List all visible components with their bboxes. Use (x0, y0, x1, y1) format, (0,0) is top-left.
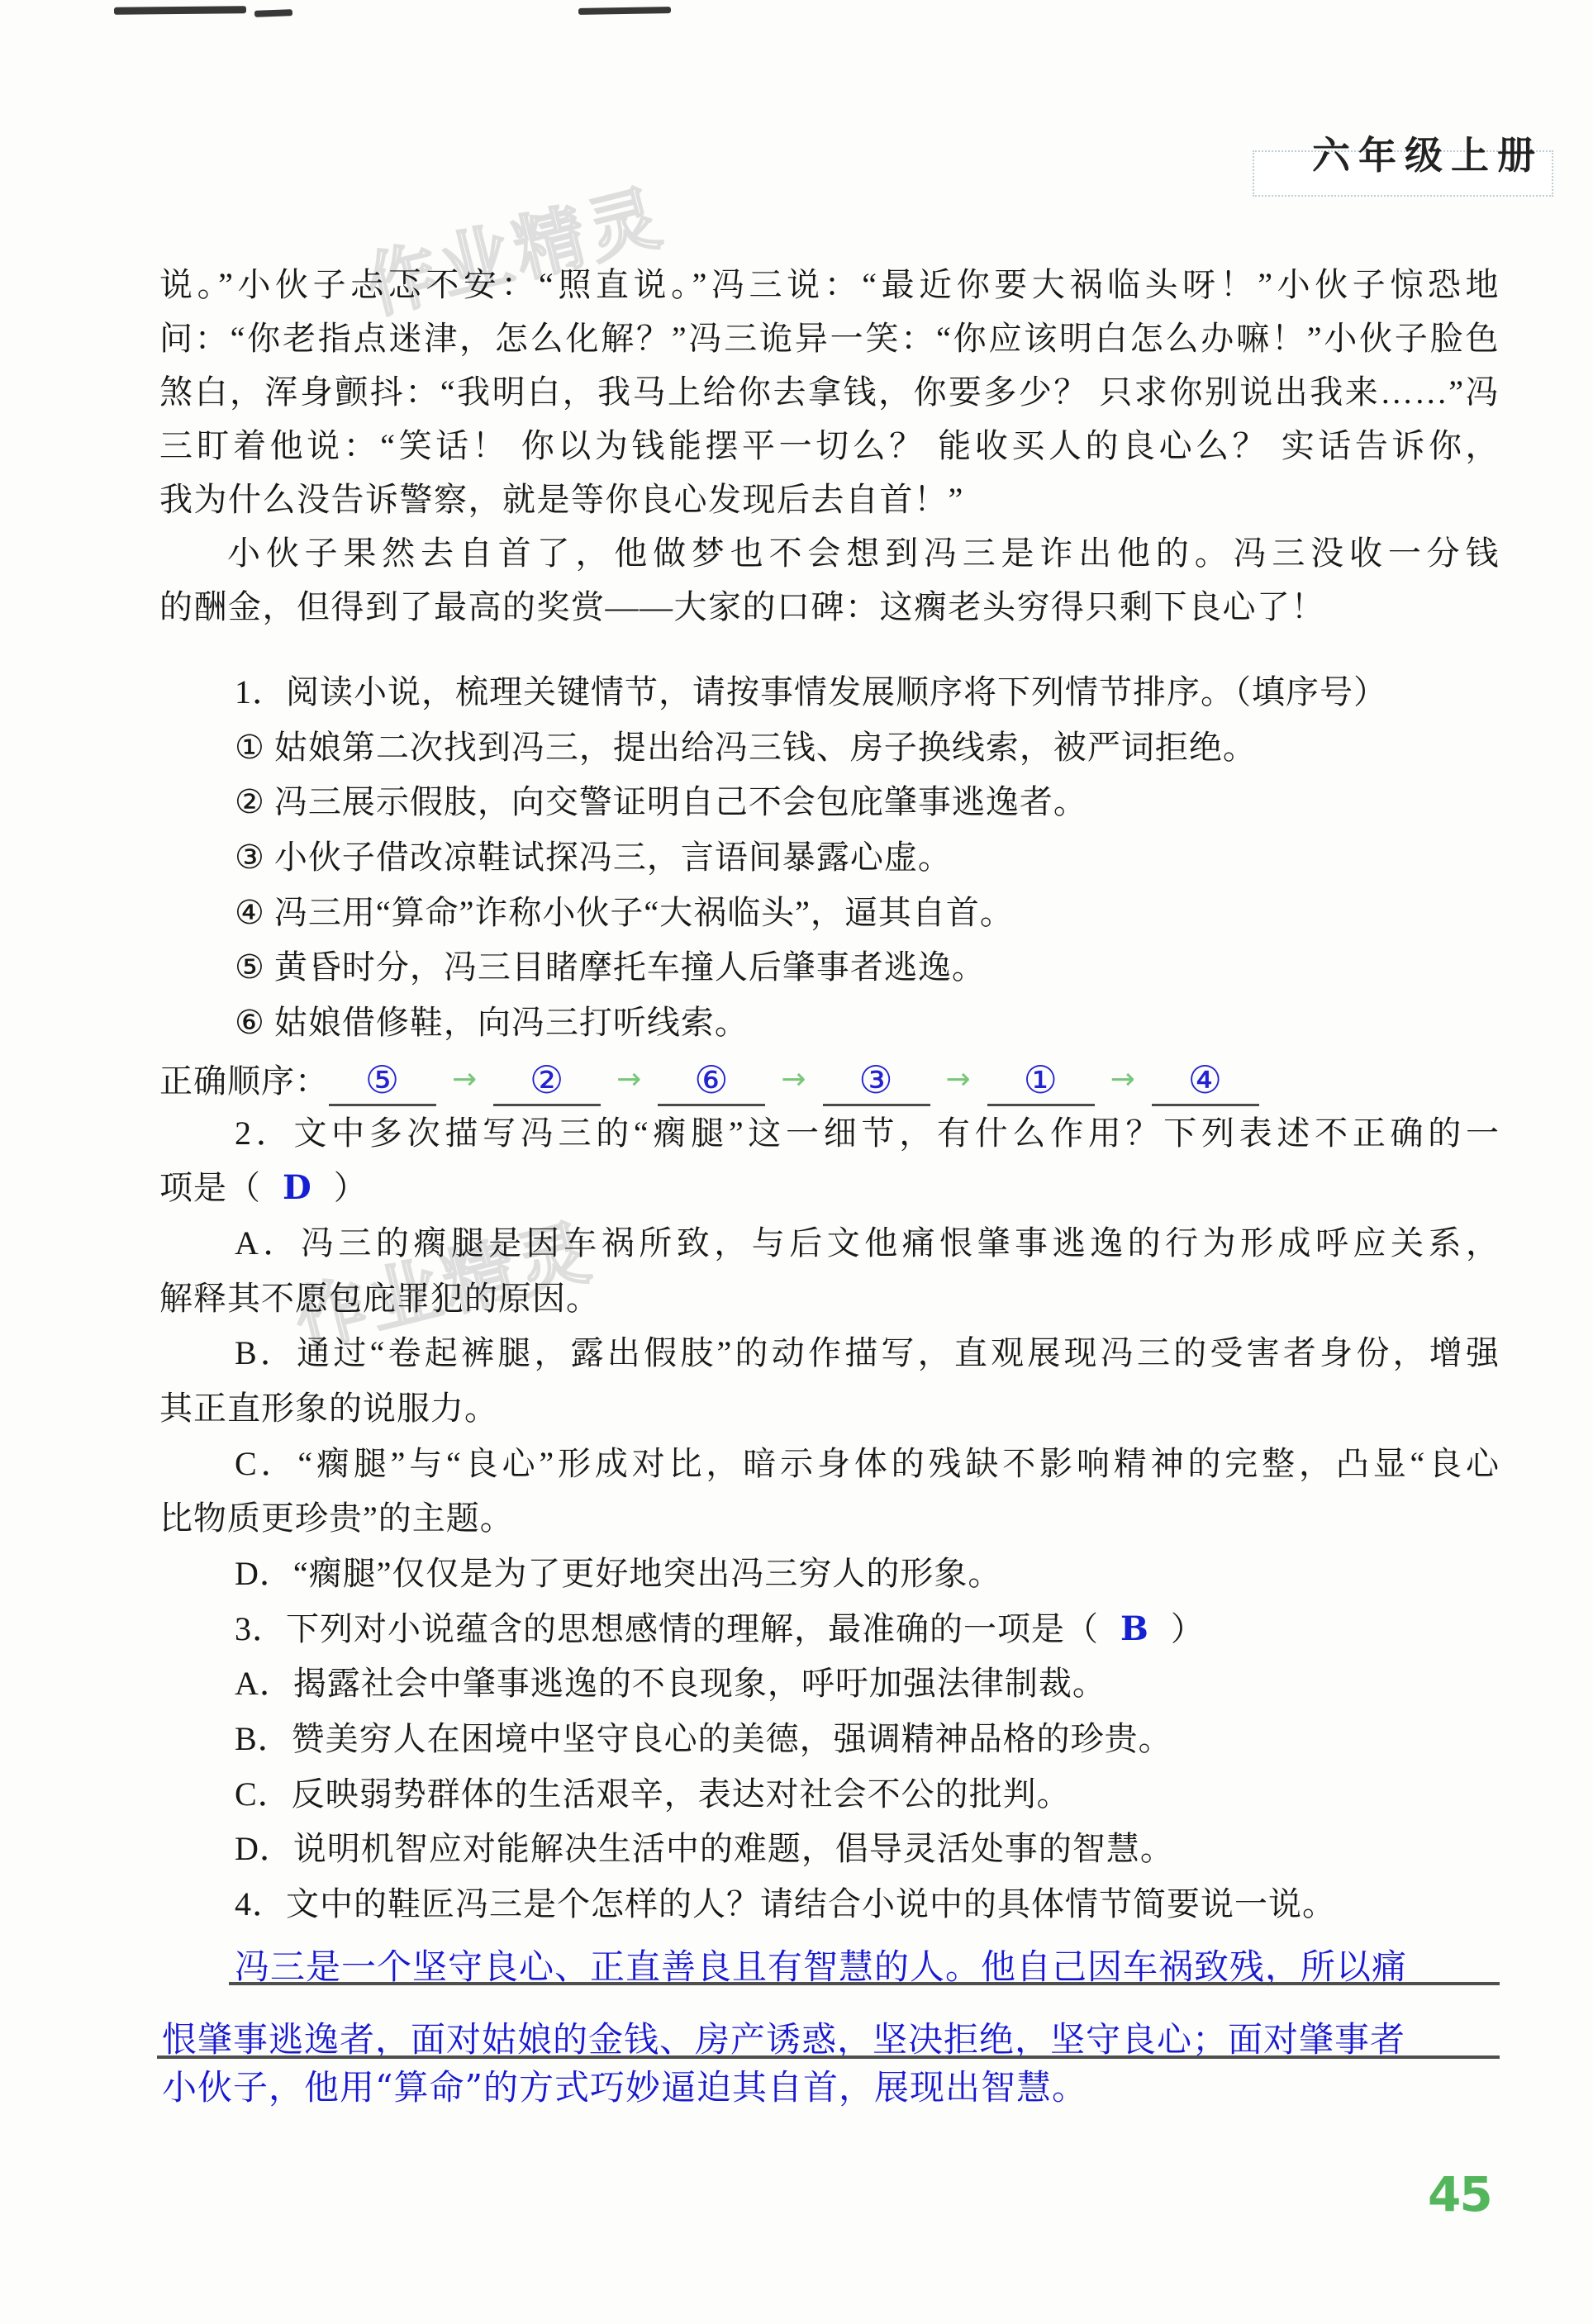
sequence-blank-2[interactable]: ② (493, 1061, 601, 1106)
sequence-answer-6: ④ (1188, 1061, 1223, 1099)
story-line: 我为什么没告诉警察，就是等你良心发现后去自首！” (159, 473, 1500, 526)
question-2-prompt-line-1: 2．文中多次描写冯三的“瘸腿”这一细节，有什么作用？下列表述不正确的一 (159, 1106, 1500, 1162)
question-2-prompt-line-2: 项是（D） (159, 1161, 1500, 1216)
questions-section: 1．阅读小说，梳理关键情节，请按事情发展顺序将下列情节排序。（填序号） ① 姑娘… (159, 665, 1500, 1932)
story-line: 说。”小伙子忐忑不安：“照直说。”冯三说：“最近你要大祸临头呀！”小伙子惊恐地 (159, 258, 1500, 311)
q2-option-b-line-1: B．通过“卷起裤腿，露出假肢”的动作描写，直观展现冯三的受害者身份，增强 (159, 1326, 1500, 1381)
page-number: 45 (1428, 2166, 1491, 2222)
scan-artifact (114, 6, 246, 15)
scan-artifact (254, 9, 292, 17)
q2-option-c-line-2: 比物质更珍贵”的主题。 (159, 1491, 1500, 1547)
sequence-answer-row: 正确顺序： ⑤ → ② → ⑥ → ③ → ① → ④ (159, 1051, 1500, 1106)
arrow-right-icon: → (616, 1065, 642, 1095)
q4-answer-line-3[interactable]: 小伙子，他用“算命”的方式巧妙逼迫其自首，展现出智慧。 (162, 2060, 1087, 2110)
sequence-label: 正确顺序： (159, 1057, 329, 1106)
sequence-answer-3: ⑥ (694, 1061, 729, 1099)
sequence-answer-4: ③ (858, 1061, 893, 1099)
page-header-title: 六年级上册 (1312, 126, 1543, 180)
sequence-answer-1: ⑤ (365, 1061, 400, 1099)
story-line: 的酬金，但得到了最高的奖赏——大家的口碑：这瘸老头穷得只剩下良心了！ (159, 580, 1500, 634)
question-3-prefix: 3．下列对小说蕴含的思想感情的理解，最准确的一项是（ (235, 1610, 1099, 1647)
story-line: 三盯着他说：“笑话！ 你以为钱能摆平一切么？ 能收买人的良心么？ 实话告诉你， (159, 419, 1500, 473)
question-1-prompt: 1．阅读小说，梳理关键情节，请按事情发展顺序将下列情节排序。（填序号） (159, 665, 1500, 720)
story-line: 煞白，浑身颤抖：“我明白，我马上给你去拿钱，你要多少？ 只求你别说出我来……”冯 (159, 365, 1500, 419)
story-line: 问：“你老指点迷津，怎么化解？”冯三诡异一笑：“你应该明白怎么办嘛！”小伙子脸色 (159, 311, 1500, 365)
arrow-right-icon: → (452, 1065, 478, 1095)
question-2-prefix: 项是（ (159, 1169, 261, 1206)
question-3-suffix: ） (1171, 1610, 1205, 1647)
sequence-blank-5[interactable]: ① (987, 1061, 1095, 1106)
question-2-suffix: ） (334, 1169, 368, 1206)
question-1-item-2: ② 冯三展示假肢，向交警证明自己不会包庇肇事逃逸者。 (159, 775, 1500, 830)
q2-option-d: D．“瘸腿”仅仅是为了更好地突出冯三穷人的形象。 (159, 1547, 1500, 1602)
question-1-item-1: ① 姑娘第二次找到冯三，提出给冯三钱、房子换线索，被严词拒绝。 (159, 720, 1500, 776)
question-2-answer[interactable]: D (261, 1168, 334, 1207)
sequence-blank-1[interactable]: ⑤ (329, 1061, 436, 1106)
sequence-answer-5: ① (1024, 1061, 1058, 1099)
arrow-right-icon: → (946, 1065, 972, 1095)
arrow-right-icon: → (781, 1065, 806, 1095)
sequence-blank-6[interactable]: ④ (1152, 1061, 1259, 1106)
question-3-answer[interactable]: B (1099, 1609, 1171, 1648)
sequence-blank-3[interactable]: ⑥ (658, 1061, 765, 1106)
question-3-prompt: 3．下列对小说蕴含的思想感情的理解，最准确的一项是（B） (159, 1602, 1500, 1657)
answer-rule-line[interactable] (157, 2055, 1500, 2059)
q3-option-d: D．说明机智应对能解决生活中的难题，倡导灵活处事的智慧。 (159, 1822, 1500, 1877)
question-4-prompt: 4．文中的鞋匠冯三是个怎样的人？请结合小说中的具体情节简要说一说。 (159, 1877, 1500, 1932)
workbook-page: 六年级上册 作业精灵 作业精灵 说。”小伙子忐忑不安：“照直说。”冯三说：“最近… (0, 0, 1593, 2324)
q2-option-a-line-2: 解释其不愿包庇罪犯的原因。 (159, 1271, 1500, 1327)
question-1-item-6: ⑥ 姑娘借修鞋，向冯三打听线索。 (159, 996, 1500, 1051)
question-1-item-5: ⑤ 黄昏时分，冯三目睹摩托车撞人后肇事者逃逸。 (159, 940, 1500, 996)
scan-artifact (578, 7, 671, 15)
q3-option-b: B．赞美穷人在困境中坚守良心的美德，强调精神品格的珍贵。 (159, 1712, 1500, 1767)
q2-option-a-line-1: A．冯三的瘸腿是因车祸所致，与后文他痛恨肇事逃逸的行为形成呼应关系， (159, 1216, 1500, 1271)
q4-answer-line-2[interactable]: 恨肇事逃逸者，面对姑娘的金钱、房产诱惑，坚决拒绝，坚守良心；面对肇事者 (162, 2013, 1405, 2062)
sequence-answer-2: ② (530, 1061, 564, 1099)
question-1-item-4: ④ 冯三用“算命”诈称小伙子“大祸临头”，逼其自首。 (159, 886, 1500, 941)
story-text: 说。”小伙子忐忑不安：“照直说。”冯三说：“最近你要大祸临头呀！”小伙子惊恐地 … (159, 258, 1500, 634)
arrow-right-icon: → (1110, 1065, 1136, 1095)
q2-option-c-line-1: C．“瘸腿”与“良心”形成对比，暗示身体的残缺不影响精神的完整，凸显“良心 (159, 1437, 1500, 1492)
answer-rule-line[interactable] (229, 1982, 1500, 1985)
q3-option-c: C．反映弱势群体的生活艰辛，表达对社会不公的批判。 (159, 1767, 1500, 1823)
q3-option-a: A．揭露社会中肇事逃逸的不良现象，呼吁加强法律制裁。 (159, 1656, 1500, 1712)
story-line: 小伙子果然去自首了，他做梦也不会想到冯三是诈出他的。冯三没收一分钱 (159, 526, 1500, 580)
sequence-blank-4[interactable]: ③ (823, 1061, 930, 1106)
q2-option-b-line-2: 其正直形象的说服力。 (159, 1381, 1500, 1437)
question-1-item-3: ③ 小伙子借改凉鞋试探冯三，言语间暴露心虚。 (159, 830, 1500, 886)
